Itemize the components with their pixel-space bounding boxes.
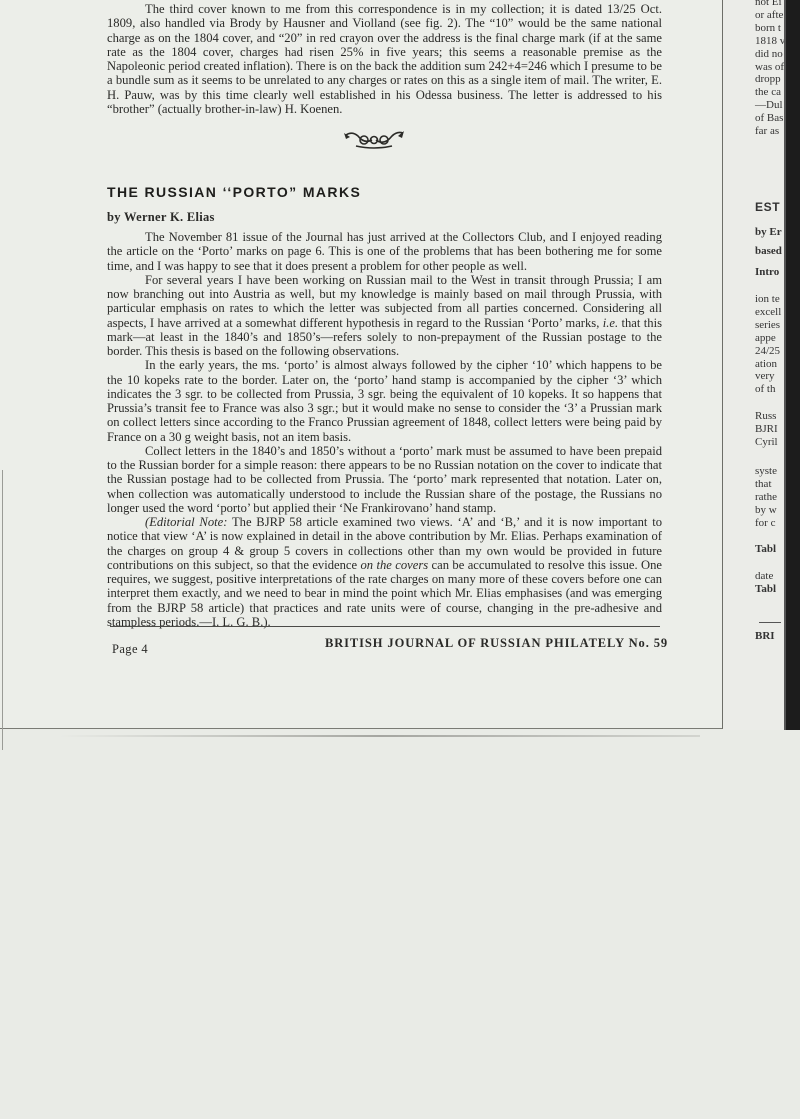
article-paragraph: Collect letters in the 1840’s and 1850’s… (107, 444, 662, 515)
sliver-line: ation (755, 358, 777, 370)
article-paragraph: In the early years, the ms. ‘porto’ is a… (107, 358, 662, 444)
editorial-label: (Editorial Note: (145, 515, 227, 529)
sliver-line: for c (755, 517, 775, 529)
page-crease (2, 470, 3, 750)
article-byline: by Werner K. Elias (107, 210, 215, 225)
article-title: THE RUSSIAN ‘‘PORTO” MARKS (107, 184, 361, 200)
sliver-line: ion te (755, 293, 780, 305)
sliver-table-label: Tabl (755, 583, 776, 595)
article-body: The November 81 issue of the Journal has… (107, 230, 662, 629)
previous-article-paragraph: The third cover known to me from this co… (107, 2, 662, 116)
sliver-based: based (755, 245, 782, 257)
emphasis-text: i.e. (603, 316, 618, 330)
sliver-line: not Ei (755, 0, 782, 8)
sliver-footer: BRI (755, 630, 775, 642)
sliver-line: 24/25 (755, 345, 780, 357)
sliver-line: 1818 v (755, 35, 785, 47)
sliver-date: date (755, 570, 773, 582)
page-shadow (60, 735, 700, 737)
sliver-table-label: Tabl (755, 543, 776, 555)
sliver-line: Russ (755, 410, 776, 422)
sliver-line: rathe (755, 491, 777, 503)
sliver-line: Cyril (755, 436, 778, 448)
journal-title: BRITISH JOURNAL OF RUSSIAN PHILATELY No.… (325, 636, 668, 651)
article-paragraph: The November 81 issue of the Journal has… (107, 230, 662, 273)
article-paragraph: For several years I have been working on… (107, 273, 662, 359)
sliver-line: was of (755, 61, 784, 73)
previous-article-continuation: The third cover known to me from this co… (107, 2, 662, 116)
sliver-line: or afte (755, 9, 783, 21)
post-horn-ornament-icon (342, 128, 406, 150)
sliver-line: —Dul (755, 99, 783, 111)
sliver-line: did no (755, 48, 783, 60)
page-number: Page 4 (112, 642, 148, 657)
sliver-line: very (755, 370, 775, 382)
sliver-line: syste (755, 465, 777, 477)
editorial-note: (Editorial Note: The BJRP 58 article exa… (107, 515, 662, 629)
page-edge-shadow (786, 0, 800, 730)
sliver-rule (759, 622, 781, 623)
sliver-line: series (755, 319, 780, 331)
sliver-line: BJRI (755, 423, 778, 435)
sliver-line: by w (755, 504, 777, 516)
sliver-line: of Bas (755, 112, 783, 124)
sliver-line: the ca (755, 86, 781, 98)
sliver-byline: by Er (755, 226, 782, 238)
emphasis-text: on the covers (360, 558, 428, 572)
sliver-line: of th (755, 383, 775, 395)
sliver-line: appe (755, 332, 776, 344)
sliver-line: born t (755, 22, 781, 34)
sliver-line: far as (755, 125, 779, 137)
sliver-intro: Intro (755, 266, 779, 278)
sliver-line: dropp (755, 73, 781, 85)
sliver-line: that (755, 478, 772, 490)
next-page-sliver: not Eior afteborn t1818 vdid nowas ofdro… (723, 0, 785, 730)
sliver-heading: EST (755, 200, 780, 214)
footer-rule (110, 626, 660, 627)
sliver-line: excell (755, 306, 781, 318)
paragraph-text: For several years I have been working on… (107, 273, 662, 330)
